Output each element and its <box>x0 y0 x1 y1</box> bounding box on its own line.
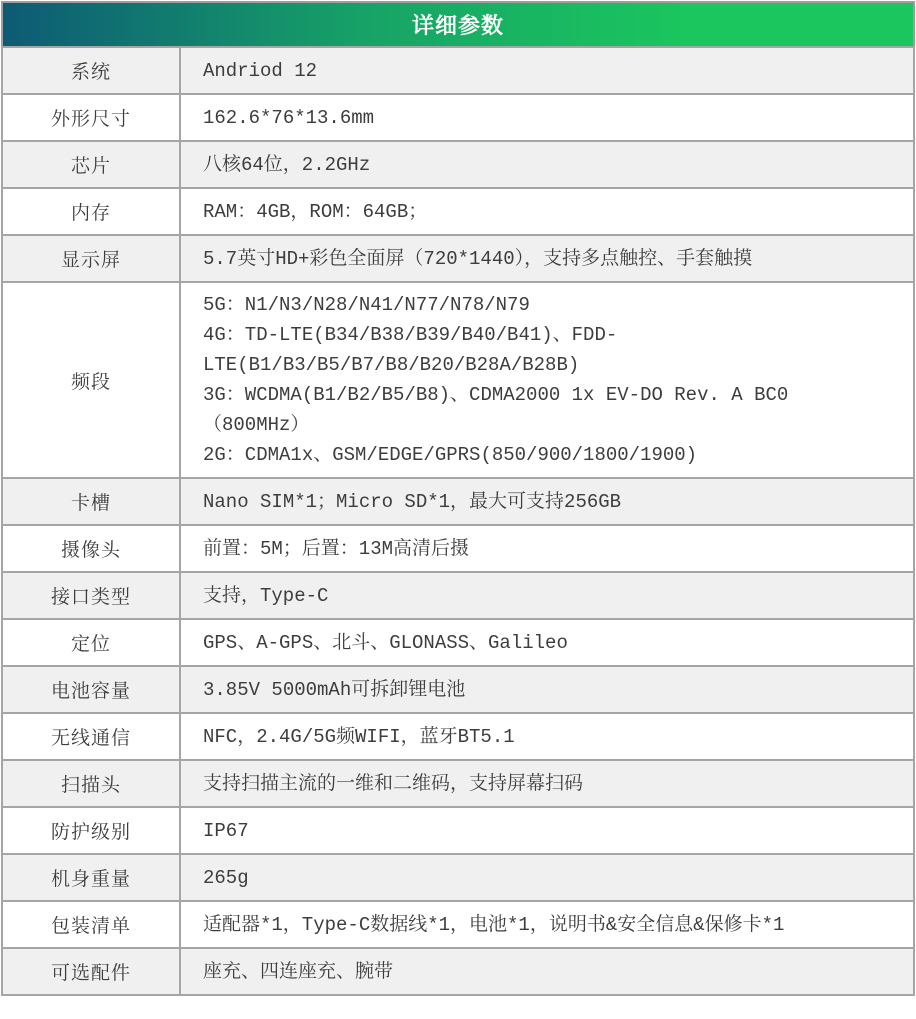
spec-value-cell: RAM：4GB，ROM：64GB； <box>180 188 914 235</box>
spec-label-cell: 卡槽 <box>2 478 180 525</box>
spec-label-cell: 摄像头 <box>2 525 180 572</box>
spec-value-line: （800MHz） <box>203 410 895 440</box>
spec-label-cell: 防护级别 <box>2 807 180 854</box>
spec-value-line: LTE(B1/B3/B5/B7/B8/B20/B28A/B28B) <box>203 350 895 380</box>
spec-value-cell: 162.6*76*13.6mm <box>180 94 914 141</box>
spec-value-cell: 八核64位，2.2GHz <box>180 141 914 188</box>
spec-value-line: Andriod 12 <box>203 56 895 86</box>
spec-label-cell: 芯片 <box>2 141 180 188</box>
spec-panel: 详细参数 系统 Andriod 12 外形尺寸 162.6*76*13.6mm … <box>1 1 915 996</box>
spec-value-line: Nano SIM*1；Micro SD*1，最大可支持256GB <box>203 487 895 517</box>
spec-label-cell: 外形尺寸 <box>2 94 180 141</box>
spec-value-line: 5.7英寸HD+彩色全面屏（720*1440），支持多点触控、手套触摸 <box>203 244 895 274</box>
spec-value-line: 4G：TD-LTE(B34/B38/B39/B40/B41)、FDD- <box>203 320 895 350</box>
spec-label-cell: 接口类型 <box>2 572 180 619</box>
table-row: 系统 Andriod 12 <box>2 47 914 94</box>
table-row: 扫描头 支持扫描主流的一维和二维码，支持屏幕扫码 <box>2 760 914 807</box>
spec-value-cell: Nano SIM*1；Micro SD*1，最大可支持256GB <box>180 478 914 525</box>
spec-label-cell: 显示屏 <box>2 235 180 282</box>
table-row: 内存 RAM：4GB，ROM：64GB； <box>2 188 914 235</box>
spec-value-line: 5G：N1/N3/N28/N41/N77/N78/N79 <box>203 290 895 320</box>
spec-value-cell: IP67 <box>180 807 914 854</box>
spec-value-cell: 3.85V 5000mAh可拆卸锂电池 <box>180 666 914 713</box>
spec-value-line: IP67 <box>203 816 895 846</box>
spec-value-line: 2G：CDMA1x、GSM/EDGE/GPRS(850/900/1800/190… <box>203 440 895 470</box>
spec-value-line: 支持，Type-C <box>203 581 895 611</box>
page-title: 详细参数 <box>412 9 504 40</box>
spec-value-line: 八核64位，2.2GHz <box>203 150 895 180</box>
spec-value-cell: GPS、A-GPS、北斗、GLONASS、Galileo <box>180 619 914 666</box>
spec-label-cell: 频段 <box>2 282 180 478</box>
spec-value-cell: 适配器*1，Type-C数据线*1，电池*1，说明书&安全信息&保修卡*1 <box>180 901 914 948</box>
spec-value-cell: 支持扫描主流的一维和二维码，支持屏幕扫码 <box>180 760 914 807</box>
spec-value-cell: 座充、四连座充、腕带 <box>180 948 914 995</box>
spec-value-line: GPS、A-GPS、北斗、GLONASS、Galileo <box>203 628 895 658</box>
spec-value-cell: 265g <box>180 854 914 901</box>
table-row: 定位 GPS、A-GPS、北斗、GLONASS、Galileo <box>2 619 914 666</box>
spec-label-cell: 机身重量 <box>2 854 180 901</box>
table-row: 电池容量 3.85V 5000mAh可拆卸锂电池 <box>2 666 914 713</box>
spec-table: 系统 Andriod 12 外形尺寸 162.6*76*13.6mm 芯片 八核… <box>1 46 915 996</box>
spec-label-cell: 定位 <box>2 619 180 666</box>
spec-value-line: NFC，2.4G/5G频WIFI，蓝牙BT5.1 <box>203 722 895 752</box>
spec-label-cell: 内存 <box>2 188 180 235</box>
spec-value-cell: 5G：N1/N3/N28/N41/N77/N78/N794G：TD-LTE(B3… <box>180 282 914 478</box>
spec-table-body: 系统 Andriod 12 外形尺寸 162.6*76*13.6mm 芯片 八核… <box>2 47 914 995</box>
spec-value-cell: 5.7英寸HD+彩色全面屏（720*1440），支持多点触控、手套触摸 <box>180 235 914 282</box>
spec-panel-header: 详细参数 <box>1 1 915 46</box>
table-row: 可选配件 座充、四连座充、腕带 <box>2 948 914 995</box>
spec-value-line: RAM：4GB，ROM：64GB； <box>203 197 895 227</box>
spec-value-line: 265g <box>203 863 895 893</box>
spec-value-line: 3.85V 5000mAh可拆卸锂电池 <box>203 675 895 705</box>
table-row: 卡槽 Nano SIM*1；Micro SD*1，最大可支持256GB <box>2 478 914 525</box>
table-row: 外形尺寸 162.6*76*13.6mm <box>2 94 914 141</box>
spec-value-line: 座充、四连座充、腕带 <box>203 957 895 987</box>
spec-label-cell: 包装清单 <box>2 901 180 948</box>
spec-value-cell: Andriod 12 <box>180 47 914 94</box>
spec-label-cell: 可选配件 <box>2 948 180 995</box>
spec-label-cell: 扫描头 <box>2 760 180 807</box>
spec-value-line: 支持扫描主流的一维和二维码，支持屏幕扫码 <box>203 769 895 799</box>
table-row: 包装清单 适配器*1，Type-C数据线*1，电池*1，说明书&安全信息&保修卡… <box>2 901 914 948</box>
spec-label-cell: 系统 <box>2 47 180 94</box>
table-row: 机身重量 265g <box>2 854 914 901</box>
spec-value-line: 适配器*1，Type-C数据线*1，电池*1，说明书&安全信息&保修卡*1 <box>203 910 895 940</box>
spec-label-cell: 无线通信 <box>2 713 180 760</box>
spec-value-line: 前置：5M；后置：13M高清后摄 <box>203 534 895 564</box>
spec-label-cell: 电池容量 <box>2 666 180 713</box>
table-row: 接口类型 支持，Type-C <box>2 572 914 619</box>
spec-value-cell: NFC，2.4G/5G频WIFI，蓝牙BT5.1 <box>180 713 914 760</box>
spec-value-line: 162.6*76*13.6mm <box>203 103 895 133</box>
table-row: 显示屏 5.7英寸HD+彩色全面屏（720*1440），支持多点触控、手套触摸 <box>2 235 914 282</box>
table-row: 无线通信 NFC，2.4G/5G频WIFI，蓝牙BT5.1 <box>2 713 914 760</box>
table-row: 摄像头 前置：5M；后置：13M高清后摄 <box>2 525 914 572</box>
table-row: 频段 5G：N1/N3/N28/N41/N77/N78/N794G：TD-LTE… <box>2 282 914 478</box>
table-row: 防护级别 IP67 <box>2 807 914 854</box>
table-row: 芯片 八核64位，2.2GHz <box>2 141 914 188</box>
spec-value-line: 3G：WCDMA(B1/B2/B5/B8)、CDMA2000 1x EV-DO … <box>203 380 895 410</box>
spec-value-cell: 前置：5M；后置：13M高清后摄 <box>180 525 914 572</box>
spec-value-cell: 支持，Type-C <box>180 572 914 619</box>
